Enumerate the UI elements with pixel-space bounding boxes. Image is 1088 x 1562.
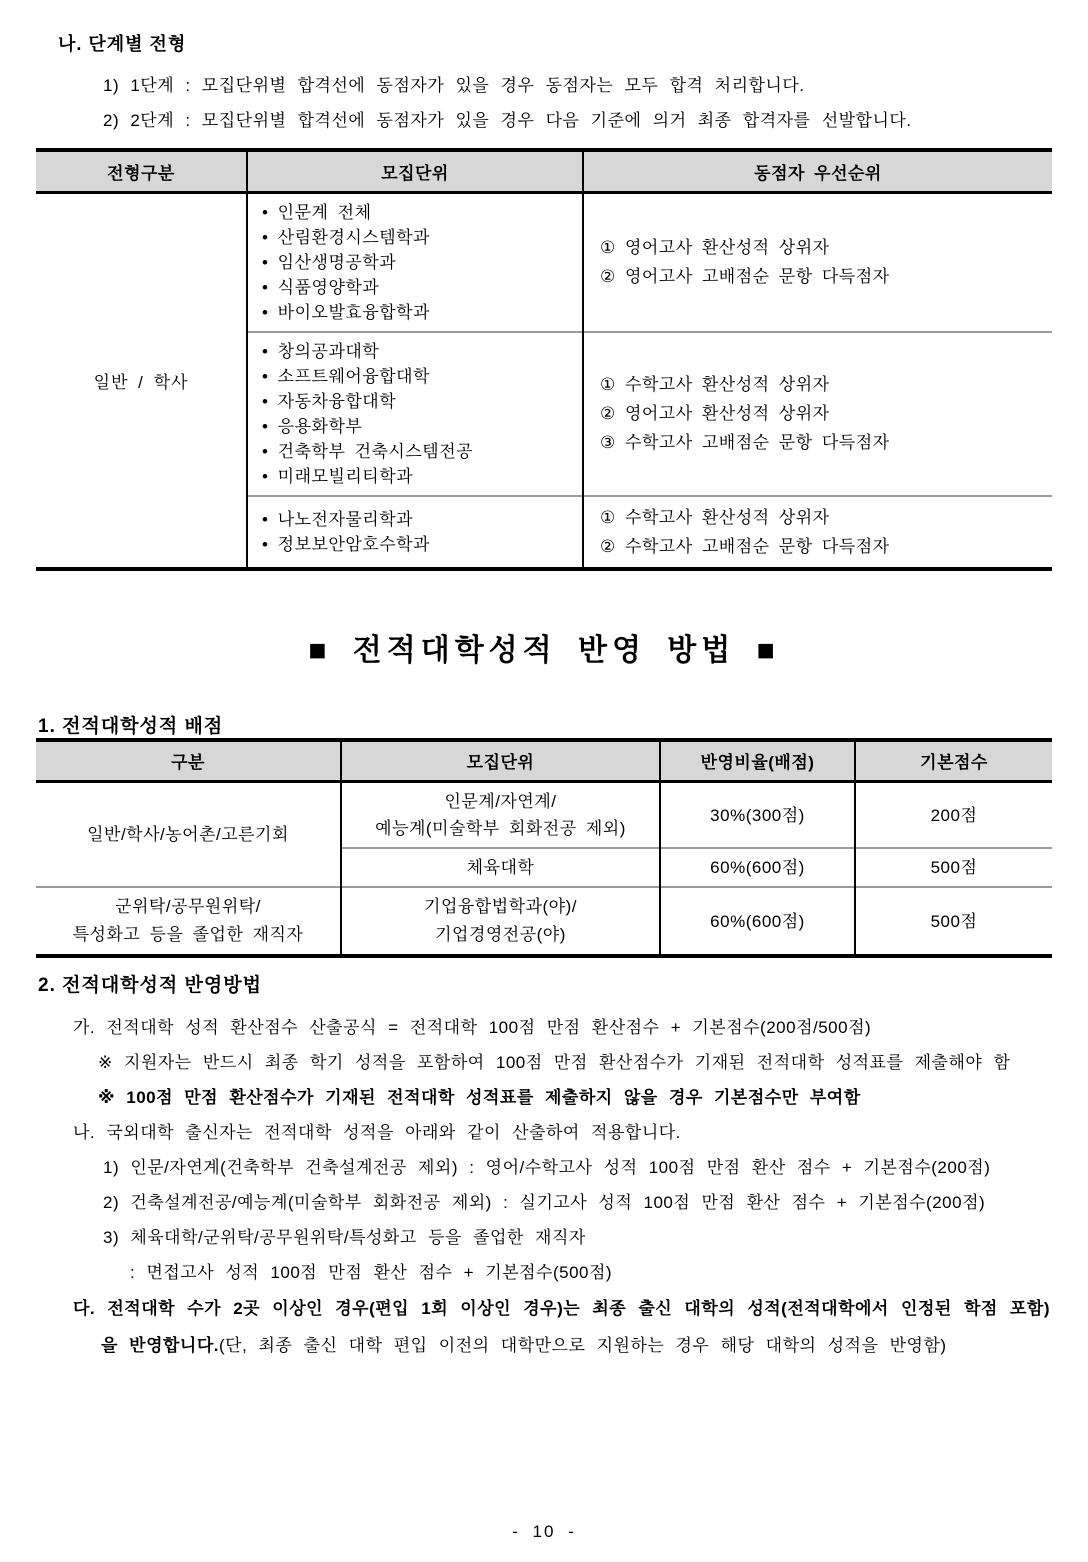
section-heading-stepwise: 나. 단계별 전형 [58, 30, 1052, 56]
foreign-university-text: 나. 국외대학 출신자는 전적대학 성적을 아래와 같이 산출하여 적용합니다. [73, 1115, 1052, 1150]
priority-list: ① 수학고사 환산성적 상위자 ② 수학고사 고배점순 문항 다득점자 [583, 496, 1052, 569]
base-score-cell: 500점 [855, 887, 1052, 956]
ratio-cell: 60%(600점) [660, 848, 855, 887]
col-header-category: 구분 [36, 740, 341, 782]
score-allocation-table: 구분 모집단위 반영비율(배점) 기본점수 일반/학사/농어촌/고른기회 인문계… [36, 738, 1052, 959]
rule-regular-text: (단, 최종 출신 대학 편입 이전의 대학만으로 지원하는 경우 해당 대학의… [219, 1336, 947, 1355]
foreign-rule-3-formula: : 면접고사 성적 100점 만점 환산 점수 + 기본점수(500점) [130, 1255, 1052, 1290]
note-base-score-only: ※ 100점 만점 환산점수가 기재된 전적대학 성적표를 제출하지 않을 경우… [98, 1080, 1052, 1115]
table-row: 일반/학사/농어촌/고른기회 인문계/자연계/ 예능계(미술학부 회화전공 제외… [36, 782, 1052, 849]
multiple-university-rule: 다. 전적대학 수가 2곳 이상인 경우(편입 1회 이상인 경우)는 최종 출… [101, 1290, 1050, 1364]
base-score-cell: 200점 [855, 782, 1052, 849]
foreign-rule-3: 3) 체육대학/군위탁/공무원위탁/특성화고 등을 졸업한 재직자 [103, 1220, 1052, 1255]
unit-list: • 인문계 전체 • 산림환경시스템학과 • 임산생명공학과 • 식품영양학과 … [247, 192, 583, 332]
col-header-recruitment-unit: 모집단위 [247, 150, 583, 192]
formula-text: 가. 전적대학 성적 환산점수 산출공식 = 전적대학 100점 만점 환산점수… [73, 1010, 1052, 1045]
unit-cell: 인문계/자연계/ 예능계(미술학부 회화전공 제외) [341, 782, 660, 849]
section1-heading: 1. 전적대학성적 배점 [38, 711, 1052, 738]
col-header-base-score: 기본점수 [855, 740, 1052, 782]
stage2-text: 2) 2단계 : 모집단위별 합격선에 동점자가 있을 경우 다음 기준에 의거… [103, 103, 1052, 138]
stage1-text: 1) 1단계 : 모집단위별 합격선에 동점자가 있을 경우 동점자는 모두 합… [103, 68, 1052, 103]
page-number: - 10 - [0, 1522, 1088, 1542]
section2-heading: 2. 전적대학성적 반영방법 [38, 970, 1052, 997]
tiebreaker-priority-table: 전형구분 모집단위 동점자 우선순위 일반 / 학사 • 인문계 전체 • 산림… [36, 148, 1052, 571]
category-cell: 군위탁/공무원위탁/ 특성화고 등을 졸업한 재직자 [36, 887, 341, 956]
col-header-recruitment-unit: 모집단위 [341, 740, 660, 782]
page-title: ■ 전적대학성적 반영 방법 ■ [36, 625, 1052, 669]
unit-list: • 창의공과대학 • 소프트웨어융합대학 • 자동차융합대학 • 응용화학부 •… [247, 332, 583, 496]
ratio-cell: 60%(600점) [660, 887, 855, 956]
rule-label: 다. [73, 1299, 95, 1318]
table-row: 군위탁/공무원위탁/ 특성화고 등을 졸업한 재직자 기업융합법학과(야)/ 기… [36, 887, 1052, 956]
priority-list: ① 영어고사 환산성적 상위자 ② 영어고사 고배점순 문항 다득점자 [583, 192, 1052, 332]
unit-cell: 체육대학 [341, 848, 660, 887]
priority-list: ① 수학고사 환산성적 상위자 ② 영어고사 환산성적 상위자 ③ 수학고사 고… [583, 332, 1052, 496]
table-header-row: 전형구분 모집단위 동점자 우선순위 [36, 150, 1052, 192]
col-header-tiebreaker-priority: 동점자 우선순위 [583, 150, 1052, 192]
table-header-row: 구분 모집단위 반영비율(배점) 기본점수 [36, 740, 1052, 782]
note-submit-transcript: ※ 지원자는 반드시 최종 학기 성적을 포함하여 100점 만점 환산점수가 … [98, 1045, 1052, 1080]
foreign-rule-1: 1) 인문/자연계(건축학부 건축설계전공 제외) : 영어/수학고사 성적 1… [103, 1150, 1052, 1185]
foreign-rule-2: 2) 건축설계전공/예능계(미술학부 회화전공 제외) : 실기고사 성적 10… [103, 1185, 1052, 1220]
document-page: 나. 단계별 전형 1) 1단계 : 모집단위별 합격선에 동점자가 있을 경우… [0, 0, 1088, 1562]
col-header-admission-type: 전형구분 [36, 150, 247, 192]
base-score-cell: 500점 [855, 848, 1052, 887]
admission-type-cell: 일반 / 학사 [36, 192, 247, 569]
category-cell: 일반/학사/농어촌/고른기회 [36, 782, 341, 888]
col-header-reflection-ratio: 반영비율(배점) [660, 740, 855, 782]
table-row: 일반 / 학사 • 인문계 전체 • 산림환경시스템학과 • 임산생명공학과 •… [36, 192, 1052, 332]
unit-list: • 나노전자물리학과 • 정보보안암호수학과 [247, 496, 583, 569]
ratio-cell: 30%(300점) [660, 782, 855, 849]
unit-cell: 기업융합법학과(야)/ 기업경영전공(야) [341, 887, 660, 956]
